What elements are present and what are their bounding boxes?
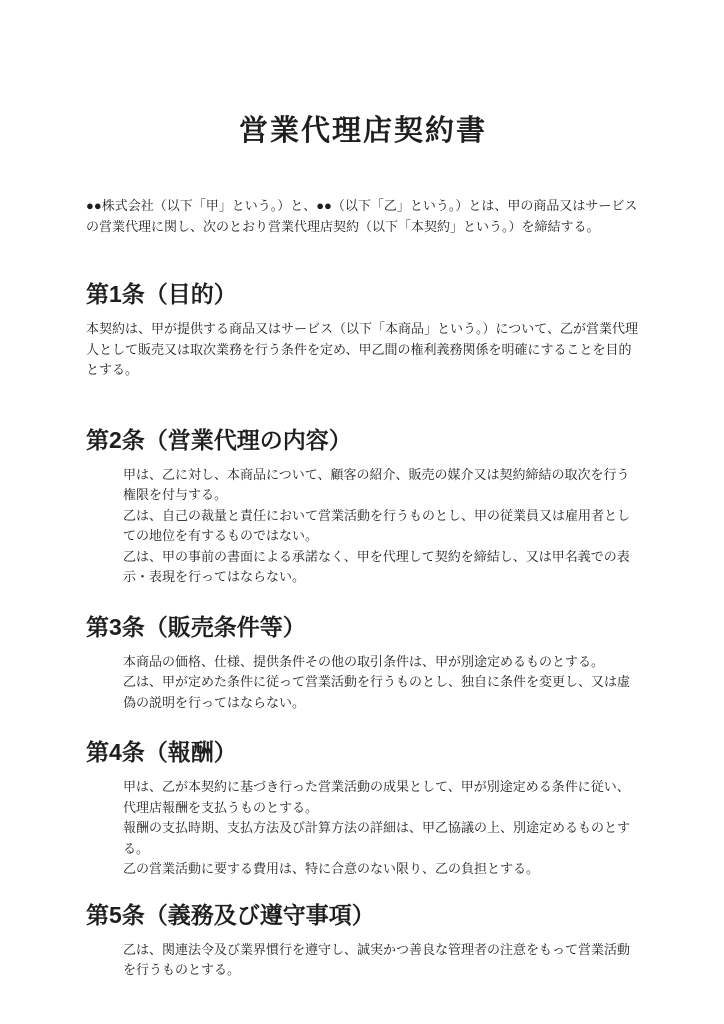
article-3-heading: 第3条（販売条件等） bbox=[86, 612, 640, 643]
article-3-paragraph-1: 本商品の価格、仕様、提供条件その他の取引条件は、甲が別途定めるものとする。 bbox=[123, 652, 640, 673]
article-5-paragraph-1: 乙は、関連法令及び業界慣行を遵守し、誠実かつ善良な管理者の注意をもって営業活動を… bbox=[123, 940, 640, 981]
article-2-paragraph-1: 甲は、乙に対し、本商品について、顧客の紹介、販売の媒介又は契約締結の取次を行う権… bbox=[123, 465, 640, 506]
article-3-body: 本商品の価格、仕様、提供条件その他の取引条件は、甲が別途定めるものとする。 乙は… bbox=[123, 652, 640, 714]
article-5-body: 乙は、関連法令及び業界慣行を遵守し、誠実かつ善良な管理者の注意をもって営業活動を… bbox=[123, 940, 640, 981]
article-4-paragraph-2: 報酬の支払時期、支払方法及び計算方法の詳細は、甲乙協議の上、別途定めるものとする… bbox=[123, 818, 640, 859]
article-2: 第2条（営業代理の内容） 甲は、乙に対し、本商品について、顧客の紹介、販売の媒介… bbox=[86, 425, 640, 588]
article-2-paragraph-3: 乙は、甲の事前の書面による承諾なく、甲を代理して契約を締結し、又は甲名義での表示… bbox=[123, 547, 640, 588]
article-5-heading: 第5条（義務及び遵守事項） bbox=[86, 900, 640, 931]
article-4-paragraph-3: 乙の営業活動に要する費用は、特に合意のない限り、乙の負担とする。 bbox=[123, 859, 640, 880]
preamble-paragraph: ●●株式会社（以下「甲」という。）と、●●（以下「乙」という。）とは、甲の商品又… bbox=[86, 196, 640, 237]
article-4-heading: 第4条（報酬） bbox=[86, 737, 640, 768]
article-2-heading: 第2条（営業代理の内容） bbox=[86, 425, 640, 456]
article-4: 第4条（報酬） 甲は、乙が本契約に基づき行った営業活動の成果として、甲が別途定め… bbox=[86, 737, 640, 880]
article-1-body: 本契約は、甲が提供する商品又はサービス（以下「本商品」という。）について、乙が営… bbox=[86, 319, 640, 381]
article-5: 第5条（義務及び遵守事項） 乙は、関連法令及び業界慣行を遵守し、誠実かつ善良な管… bbox=[86, 900, 640, 981]
article-1-paragraph-1: 本契約は、甲が提供する商品又はサービス（以下「本商品」という。）について、乙が営… bbox=[86, 319, 640, 381]
article-4-body: 甲は、乙が本契約に基づき行った営業活動の成果として、甲が別途定める条件に従い、代… bbox=[123, 777, 640, 880]
article-4-paragraph-1: 甲は、乙が本契約に基づき行った営業活動の成果として、甲が別途定める条件に従い、代… bbox=[123, 777, 640, 818]
document-title: 営業代理店契約書 bbox=[86, 112, 640, 150]
article-3-paragraph-2: 乙は、甲が定めた条件に従って営業活動を行うものとし、独自に条件を変更し、又は虚偽… bbox=[123, 672, 640, 713]
article-2-body: 甲は、乙に対し、本商品について、顧客の紹介、販売の媒介又は契約締結の取次を行う権… bbox=[123, 465, 640, 588]
article-1-heading: 第1条（目的） bbox=[86, 279, 640, 310]
contract-document-page: 営業代理店契約書 ●●株式会社（以下「甲」という。）と、●●（以下「乙」という。… bbox=[0, 0, 724, 1024]
article-2-paragraph-2: 乙は、自己の裁量と責任において営業活動を行うものとし、甲の従業員又は雇用者として… bbox=[123, 506, 640, 547]
article-3: 第3条（販売条件等） 本商品の価格、仕様、提供条件その他の取引条件は、甲が別途定… bbox=[86, 612, 640, 714]
article-1: 第1条（目的） 本契約は、甲が提供する商品又はサービス（以下「本商品」という。）… bbox=[86, 279, 640, 381]
